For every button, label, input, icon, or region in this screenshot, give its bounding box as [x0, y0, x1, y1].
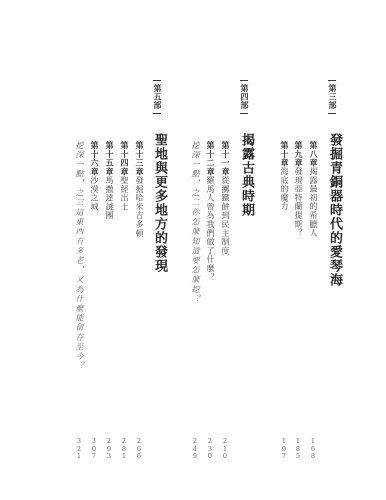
chapter-title: 羅馬人曾為我們做了什麼？ [206, 176, 214, 282]
divider [328, 80, 336, 81]
chapter-title: 這東西有多老，又為什麼能留存至今？ [75, 208, 83, 371]
toc-entry-ch12[interactable]: 第十二章羅馬人曾為我們做了什麼？ [206, 141, 221, 282]
chapter-number: 挖深一點，之三 [75, 141, 84, 208]
chapter-title: 揭露最初的希臘人 [309, 167, 317, 237]
toc-entry-ch13[interactable]: 第十三章發掘哈米吉多頓 [135, 141, 150, 238]
chapter-title: 發掘哈米吉多頓 [135, 176, 143, 238]
toc-entry-ch16[interactable]: 第十六章沙漠之城 [90, 141, 105, 211]
page-number: 249 [192, 438, 198, 461]
page-number: 307 [91, 438, 97, 461]
page-number: 293 [106, 438, 112, 461]
chapter-title: 沙漠之城 [90, 176, 98, 211]
part-5-title: 聖地與更多地方的發現 [153, 133, 166, 273]
part-3-label-text: 第三部 [328, 84, 336, 110]
chapter-number: 挖深一點，之二 [191, 141, 200, 208]
divider [240, 80, 248, 81]
page-number: 281 [121, 438, 127, 461]
page-number: 168 [310, 438, 316, 461]
part-5-label-text: 第五部 [153, 84, 161, 110]
part-3-label: 第三部 [328, 80, 336, 114]
chapter-title: 從擲鐵餅到民主制度 [221, 176, 229, 255]
chapter-title: 發現亞特蘭提斯？ [294, 167, 302, 237]
chapter-title: 海底的魔力 [280, 167, 288, 211]
toc-entry-ch8[interactable]: 第八章揭露最初的希臘人 [309, 141, 324, 238]
toc-entry-ch15[interactable]: 第十五章馬撒達謎團 [105, 141, 120, 220]
page-number: 185 [295, 438, 301, 461]
divider [240, 113, 248, 114]
chapter-number: 第八章 [309, 141, 318, 167]
part-5-label: 第五部 [153, 80, 161, 114]
page-number: 321 [76, 438, 82, 461]
toc-entry-ch10[interactable]: 第十章海底的魔力 [280, 141, 295, 211]
page-number: 197 [281, 438, 287, 461]
chapter-number: 第十一章 [221, 141, 230, 176]
divider [153, 80, 161, 81]
chapter-title: 聖經出土 [120, 176, 128, 211]
toc-entry-ch11[interactable]: 第十一章從擲鐵餅到民主制度 [221, 141, 236, 255]
toc-entry-ch14[interactable]: 第十四章聖經出土 [120, 141, 135, 211]
chapter-title: 你怎麼知道要怎麼挖？ [191, 208, 199, 304]
divider [328, 113, 336, 114]
chapter-number: 第十章 [280, 141, 289, 167]
part-4-label-text: 第四部 [240, 84, 248, 110]
part-4-label: 第四部 [240, 80, 248, 114]
chapter-number: 第九章 [294, 141, 303, 167]
part-3-title: 發掘青銅器時代的愛琴海 [328, 133, 341, 287]
chapter-number: 第十二章 [206, 141, 215, 176]
divider [153, 113, 161, 114]
page-number: 266 [136, 438, 142, 461]
chapter-number: 第十五章 [105, 141, 114, 176]
chapter-number: 第十四章 [120, 141, 129, 176]
toc-entry-ch9[interactable]: 第九章發現亞特蘭提斯？ [294, 141, 309, 238]
chapter-title: 馬撒達謎團 [105, 176, 113, 220]
chapter-number: 第十六章 [90, 141, 99, 176]
chapter-number: 第十三章 [135, 141, 144, 176]
page-number: 230 [207, 438, 213, 461]
page-number: 210 [222, 438, 228, 461]
toc-entry-dig-deeper-3[interactable]: 挖深一點，之三這東西有多老，又為什麼能留存至今？ [75, 141, 90, 371]
part-4-title: 揭露古典時期 [240, 133, 253, 217]
toc-entry-dig-deeper-2[interactable]: 挖深一點，之二你怎麼知道要怎麼挖？ [191, 141, 206, 304]
